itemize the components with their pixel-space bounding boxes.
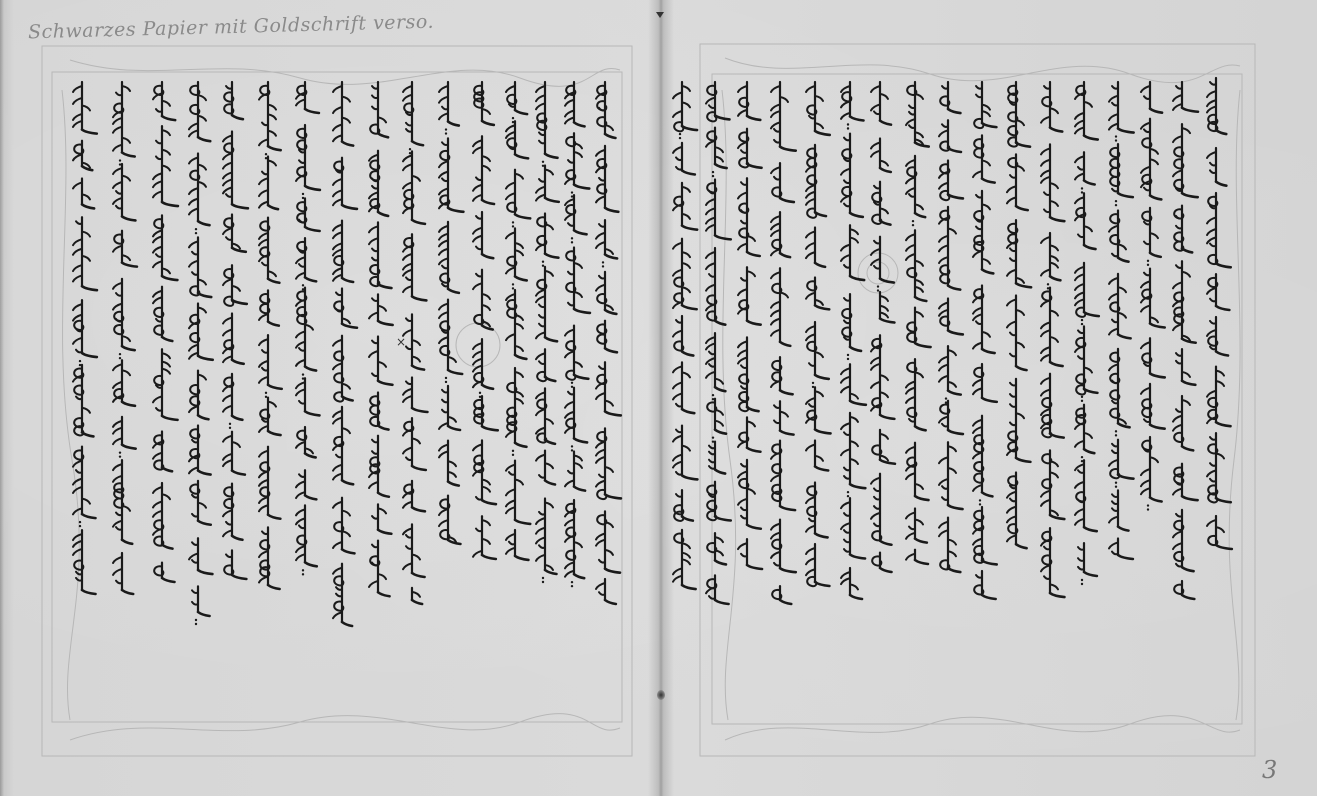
left-page-script-column xyxy=(369,82,393,596)
left-page-script-column xyxy=(596,82,621,604)
right-page-script-column xyxy=(673,82,697,589)
right-page-script-column xyxy=(939,82,963,572)
left-page-script-column xyxy=(113,82,137,594)
left-page-script-column xyxy=(153,82,178,582)
right-page-script-column xyxy=(906,82,931,564)
right-page-script-column xyxy=(806,82,831,586)
right-page-script-column xyxy=(1141,82,1165,511)
left-page-script-column xyxy=(259,82,282,589)
page-number: 3 xyxy=(1262,756,1277,784)
left-page-script-column xyxy=(439,82,463,544)
left-page-script-column xyxy=(296,82,320,576)
right-page-script-column xyxy=(706,82,731,604)
marginal-cross-mark: × xyxy=(396,335,406,349)
left-page-script-column xyxy=(473,82,498,559)
left-page-script-column xyxy=(565,82,590,587)
left-page-script-column xyxy=(73,82,97,594)
left-page-script-column xyxy=(333,82,357,626)
left-page-script-column xyxy=(403,82,427,604)
right-page-script-column xyxy=(841,82,866,599)
right-page-script-column xyxy=(1109,82,1134,559)
right-page-script-column xyxy=(771,82,796,604)
script-columns xyxy=(0,0,1317,796)
right-page-script-column xyxy=(973,82,997,599)
left-page-script-column xyxy=(536,82,559,583)
right-page-script-column xyxy=(738,82,762,569)
right-page-script-column xyxy=(871,82,895,572)
left-page-script-column xyxy=(189,82,213,625)
right-page-script-column xyxy=(1041,82,1064,597)
left-page-script-column xyxy=(506,82,530,560)
right-page-script-column xyxy=(1173,82,1198,599)
right-page-script-column xyxy=(1075,82,1099,585)
right-page-script-column xyxy=(1207,78,1232,549)
manuscript-spread: Schwarzes Papier mit Goldschrift verso. … xyxy=(0,0,1317,796)
left-page-script-column xyxy=(223,82,248,579)
right-page-script-column xyxy=(1007,82,1031,548)
